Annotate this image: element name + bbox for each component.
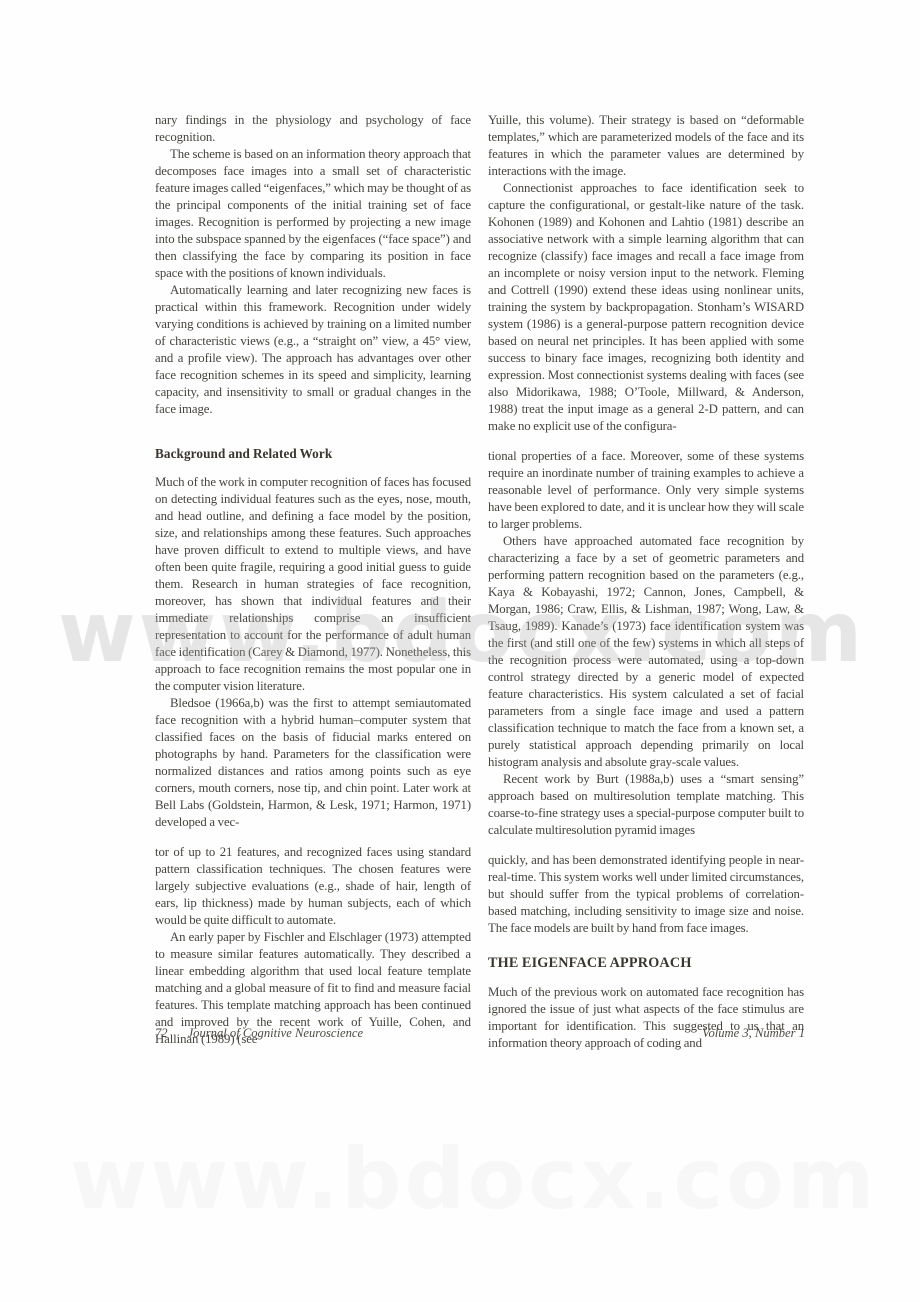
scanned-page: www.bdocx.com www.bdocx.com nary finding… xyxy=(0,0,920,1302)
journal-name: Journal of Cognitive Neuroscience xyxy=(188,1026,363,1041)
page-number: 72 xyxy=(155,1026,168,1041)
paragraph: Bledsoe (1966a,b) was the first to attem… xyxy=(155,695,471,831)
paragraph: Others have approached automated face re… xyxy=(488,533,804,771)
right-column: Yuille, this volume). Their strategy is … xyxy=(488,112,804,1052)
paragraph: Yuille, this volume). Their strategy is … xyxy=(488,112,804,180)
paragraph: The scheme is based on an information th… xyxy=(155,146,471,282)
two-column-body: nary findings in the physiology and psyc… xyxy=(155,112,805,1052)
watermark-text-faint: www.bdocx.com xyxy=(70,1130,877,1228)
footer-left: 72 Journal of Cognitive Neuroscience xyxy=(155,1026,363,1041)
section-heading-eigenface-approach: THE EIGENFACE APPROACH xyxy=(488,955,804,972)
volume-info: Volume 3, Number 1 xyxy=(702,1026,805,1041)
section-heading-background: Background and Related Work xyxy=(155,445,471,462)
paragraph: Automatically learning and later recogni… xyxy=(155,282,471,418)
page-footer: 72 Journal of Cognitive Neuroscience Vol… xyxy=(155,1026,805,1041)
paragraph: Connectionist approaches to face identif… xyxy=(488,180,804,435)
paragraph: quickly, and has been demonstrated ident… xyxy=(488,852,804,937)
paragraph: Much of the work in computer recognition… xyxy=(155,474,471,695)
paragraph: Much of the previous work on automated f… xyxy=(488,984,804,1052)
paragraph: tional properties of a face. Moreover, s… xyxy=(488,448,804,533)
left-column: nary findings in the physiology and psyc… xyxy=(155,112,471,1052)
paragraph: nary findings in the physiology and psyc… xyxy=(155,112,471,146)
paragraph: Recent work by Burt (1988a,b) uses a “sm… xyxy=(488,771,804,839)
paragraph: tor of up to 21 features, and recognized… xyxy=(155,844,471,929)
